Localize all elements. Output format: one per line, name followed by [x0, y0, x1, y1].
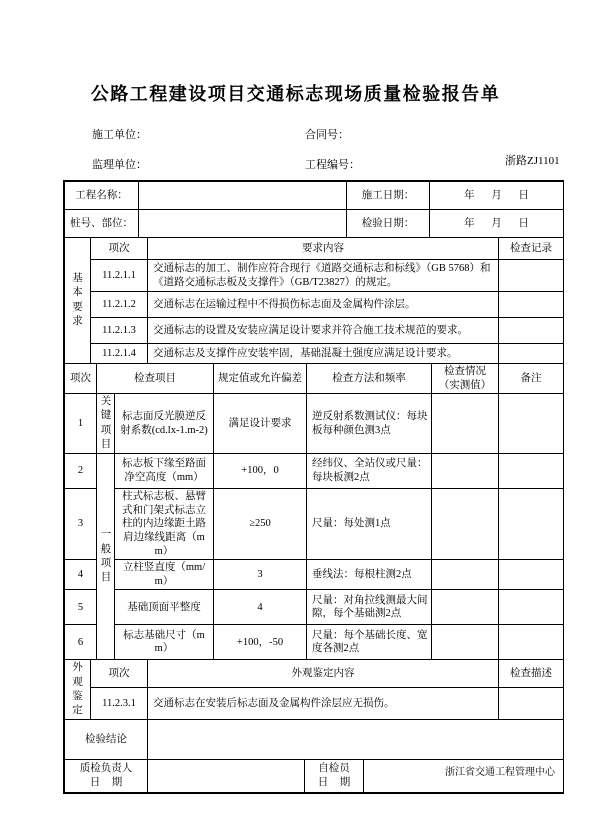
measure-row-result-input[interactable]: [432, 590, 499, 625]
measure-row-method: 尺量：对角拉线测最大间隙，每个基础测2点: [307, 590, 432, 625]
appearance-col-content: 外观鉴定内容: [148, 660, 499, 688]
basic-col-content: 要求内容: [148, 238, 499, 260]
measured-items-table: 项次 检查项目 规定值或允许偏差 检查方法和频率 检查情况（实测值） 备注 1 …: [64, 363, 564, 660]
basic-row-record-input[interactable]: [499, 318, 564, 344]
measure-row-note-input[interactable]: [499, 453, 564, 488]
basic-row-no: 11.2.1.2: [91, 292, 148, 318]
measure-row-item: 立柱竖直度（mm/m）: [115, 560, 214, 590]
station-input[interactable]: [139, 210, 347, 238]
appearance-row-content: 交通标志在安装后标志面及金属构件涂层应无损伤。: [148, 688, 499, 720]
build-date-value[interactable]: 年 月 日: [430, 182, 564, 210]
issuing-organization: 浙江省交通工程管理中心: [63, 763, 555, 778]
table-row: 2 一般项目 标志板下缘至路面净空高度（mm） +100，0 经纬仪、全站仪或尺…: [65, 453, 564, 488]
conclusion-input[interactable]: [148, 720, 564, 760]
self-inspector-date-label: 日 期: [308, 776, 360, 790]
measure-row-no: 5: [65, 590, 97, 625]
section-label-appearance: 外观鉴定: [65, 660, 91, 720]
measure-row-spec: 3: [214, 560, 307, 590]
conclusion-table: 检验结论: [64, 719, 564, 760]
measure-row-no: 3: [65, 488, 97, 559]
station-label: 桩号、部位：: [65, 210, 139, 238]
measure-row-item: 基础顶面平整度: [115, 590, 214, 625]
measure-row-note-input[interactable]: [499, 590, 564, 625]
basic-row-no: 11.2.1.3: [91, 318, 148, 344]
measure-row-no: 1: [65, 394, 97, 454]
measure-row-spec: 满足设计要求: [214, 394, 307, 454]
measure-row-no: 2: [65, 453, 97, 488]
measure-col-item: 检查项目: [97, 364, 214, 394]
table-row: 11.2.1.3 交通标志的设置及安装应满足设计要求并符合施工技术规范的要求。: [65, 318, 564, 344]
measure-row-spec: +100，0: [214, 453, 307, 488]
measure-row-note-input[interactable]: [499, 560, 564, 590]
contract-no-label: 合同号：: [305, 126, 349, 142]
basic-row-record-input[interactable]: [499, 292, 564, 318]
measure-col-method: 检查方法和频率: [307, 364, 432, 394]
appearance-col-no: 项次: [91, 660, 148, 688]
inspection-form-table: 工程名称： 施工日期： 年 月 日 桩号、部位： 检验日期： 年 月 日 基本要…: [63, 180, 564, 794]
project-no-label: 工程编号：: [305, 156, 360, 172]
table-row: 11.2.3.1 交通标志在安装后标志面及金属构件涂层应无损伤。: [65, 688, 564, 720]
measure-row-result-input[interactable]: [432, 453, 499, 488]
basic-row-content: 交通标志的设置及安装应满足设计要求并符合施工技术规范的要求。: [148, 318, 499, 344]
measure-row-method: 逆反射系数测试仪：每块板每种颜色测3点: [307, 394, 432, 454]
group-label-general: 一般项目: [97, 453, 115, 659]
project-name-input[interactable]: [139, 182, 347, 210]
measure-row-spec: ≥250: [214, 488, 307, 559]
measure-row-spec: +100，-50: [214, 625, 307, 660]
appearance-table: 外观鉴定 项次 外观鉴定内容 检查描述 11.2.3.1 交通标志在安装后标志面…: [64, 659, 564, 720]
measure-row-result-input[interactable]: [432, 625, 499, 660]
section-label-basic: 基本要求: [65, 238, 91, 364]
basic-row-content: 交通标志的加工、制作应符合现行《道路交通标志和标线》（GB 5768）和《道路交…: [148, 260, 499, 292]
group-label-key: 关键项目: [97, 394, 115, 454]
page-title: 公路工程建设项目交通标志现场质量检验报告单: [46, 80, 545, 106]
basic-row-no: 11.2.1.1: [91, 260, 148, 292]
measure-row-result-input[interactable]: [432, 560, 499, 590]
measure-row-no: 6: [65, 625, 97, 660]
table-row: 5 基础顶面平整度 4 尺量：对角拉线测最大间隙，每个基础测2点: [65, 590, 564, 625]
appearance-row-desc-input[interactable]: [499, 688, 564, 720]
measure-row-no: 4: [65, 560, 97, 590]
basic-row-content: 交通标志在运输过程中不得损伤标志面及金属构件涂层。: [148, 292, 499, 318]
measure-row-note-input[interactable]: [499, 625, 564, 660]
measure-row-method: 垂线法：每根柱测2点: [307, 560, 432, 590]
head-info-table: 工程名称： 施工日期： 年 月 日 桩号、部位： 检验日期： 年 月 日: [64, 181, 564, 238]
form-code: 浙路ZJ1101: [505, 152, 560, 168]
basic-row-record-input[interactable]: [499, 344, 564, 364]
construction-unit-label: 施工单位：: [92, 126, 147, 142]
project-name-label: 工程名称：: [65, 182, 139, 210]
appearance-col-desc: 检查描述: [499, 660, 564, 688]
measure-row-method: 尺量：每个基础长度、宽度各测2点: [307, 625, 432, 660]
table-row: 1 关键项目 标志面反光膜逆反射系数(cd.lx-1.m-2) 满足设计要求 逆…: [65, 394, 564, 454]
measure-row-note-input[interactable]: [499, 394, 564, 454]
basic-row-record-input[interactable]: [499, 260, 564, 292]
basic-row-no: 11.2.1.4: [91, 344, 148, 364]
table-row: 11.2.1.1 交通标志的加工、制作应符合现行《道路交通标志和标线》（GB 5…: [65, 260, 564, 292]
measure-row-item: 标志面反光膜逆反射系数(cd.lx-1.m-2): [115, 394, 214, 454]
measure-row-item: 柱式标志板、悬臂式和门架式标志立柱的内边缘距土路肩边缘线距离（mm）: [115, 488, 214, 559]
measure-row-item: 标志基础尺寸（mm）: [115, 625, 214, 660]
appearance-row-no: 11.2.3.1: [91, 688, 148, 720]
table-row: 6 标志基础尺寸（mm） +100，-50 尺量：每个基础长度、宽度各测2点: [65, 625, 564, 660]
measure-row-spec: 4: [214, 590, 307, 625]
measure-col-spec: 规定值或允许偏差: [214, 364, 307, 394]
basic-row-content: 交通标志及支撑件应安装牢固，基础混凝土强度应满足设计要求。: [148, 344, 499, 364]
measure-row-method: 尺量：每处测1点: [307, 488, 432, 559]
measure-row-note-input[interactable]: [499, 488, 564, 559]
table-row: 11.2.1.4 交通标志及支撑件应安装牢固，基础混凝土强度应满足设计要求。: [65, 344, 564, 364]
measure-row-result-input[interactable]: [432, 394, 499, 454]
basic-requirements-table: 基本要求 项次 要求内容 检查记录 11.2.1.1 交通标志的加工、制作应符合…: [64, 237, 564, 364]
qc-leader-date-label: 日 期: [68, 776, 144, 790]
measure-row-item: 标志板下缘至路面净空高度（mm）: [115, 453, 214, 488]
basic-col-no: 项次: [91, 238, 148, 260]
measure-col-no: 项次: [65, 364, 97, 394]
conclusion-label: 检验结论: [65, 720, 148, 760]
build-date-label: 施工日期：: [347, 182, 430, 210]
measure-row-result-input[interactable]: [432, 488, 499, 559]
measure-col-note: 备注: [499, 364, 564, 394]
table-row: 11.2.1.2 交通标志在运输过程中不得损伤标志面及金属构件涂层。: [65, 292, 564, 318]
check-date-label: 检验日期：: [347, 210, 430, 238]
measure-col-result: 检查情况（实测值）: [432, 364, 499, 394]
measure-row-method: 经纬仪、全站仪或尺量：每块板测2点: [307, 453, 432, 488]
check-date-value[interactable]: 年 月 日: [430, 210, 564, 238]
table-row: 3 柱式标志板、悬臂式和门架式标志立柱的内边缘距土路肩边缘线距离（mm） ≥25…: [65, 488, 564, 559]
table-row: 4 立柱竖直度（mm/m） 3 垂线法：每根柱测2点: [65, 560, 564, 590]
supervision-unit-label: 监理单位：: [92, 156, 147, 172]
basic-col-record: 检查记录: [499, 238, 564, 260]
